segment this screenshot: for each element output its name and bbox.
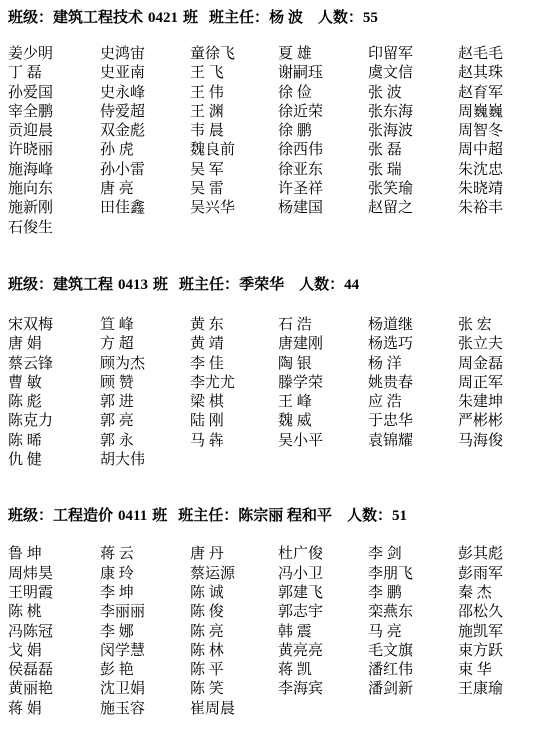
student-name: 周金磊 xyxy=(458,355,547,374)
student-name: 郭 永 xyxy=(100,432,190,451)
roster-section-0411: 班级：工程造价0411班班主任：陈宗丽 程和平人数：51 鲁 坤蒋 云唐 丹杜广… xyxy=(8,506,547,719)
student-name: 李 鹏 xyxy=(368,584,458,603)
empty-cell xyxy=(100,219,190,238)
student-name: 郭建飞 xyxy=(278,584,368,603)
student-name: 施向东 xyxy=(8,180,100,199)
class-unit-label: 班 xyxy=(183,10,198,26)
student-name: 赵留之 xyxy=(368,199,458,218)
student-name: 陈 诚 xyxy=(190,584,278,603)
student-name: 彭雨军 xyxy=(458,565,547,584)
student-name: 石 浩 xyxy=(278,316,368,335)
student-name: 周炜昊 xyxy=(8,565,100,584)
class-number: 0411 xyxy=(118,508,147,524)
student-name: 唐 丹 xyxy=(190,545,278,564)
student-name: 史亚南 xyxy=(100,64,190,83)
student-name: 唐 娟 xyxy=(8,335,100,354)
student-name: 徐 俭 xyxy=(278,84,368,103)
student-name: 杨建国 xyxy=(278,199,368,218)
student-name: 冯小卫 xyxy=(278,565,368,584)
student-name: 朱建坤 xyxy=(458,393,547,412)
student-name: 曹 敏 xyxy=(8,374,100,393)
student-name: 许晓丽 xyxy=(8,141,100,160)
student-name: 于忠华 xyxy=(368,412,458,431)
student-name: 杨选巧 xyxy=(368,335,458,354)
student-name: 周巍巍 xyxy=(458,103,547,122)
student-name: 闵学慧 xyxy=(100,642,190,661)
student-name: 陆 刚 xyxy=(190,412,278,431)
student-name: 贡迎晨 xyxy=(8,122,100,141)
student-name: 邵松久 xyxy=(458,603,547,622)
student-name: 黄 靖 xyxy=(190,335,278,354)
class-name: 建筑工程技术 xyxy=(53,10,143,26)
student-name: 杨道继 xyxy=(368,316,458,335)
class-roster-document: 班级：建筑工程技术0421班班主任：杨 波人数：55 姜少明史鸿宙童徐飞夏 雄印… xyxy=(0,0,547,719)
student-name-grid: 姜少明史鸿宙童徐飞夏 雄印留军赵毛毛丁 磊史亚南王 飞谢嗣珏虞文信赵其珠孙爱国史… xyxy=(8,45,547,238)
empty-cell xyxy=(368,700,458,719)
student-name: 王 伟 xyxy=(190,84,278,103)
teacher-label: 班主任： xyxy=(178,508,238,524)
student-name: 施玉容 xyxy=(100,700,190,719)
student-name: 童徐飞 xyxy=(190,45,278,64)
student-name: 李朋飞 xyxy=(368,565,458,584)
teacher-label: 班主任： xyxy=(209,10,269,26)
student-name: 周智冬 xyxy=(458,122,547,141)
student-name: 王 飞 xyxy=(190,64,278,83)
teacher-label: 班主任： xyxy=(179,277,239,293)
section-header: 班级：建筑工程0413班班主任：季荣华人数：44 xyxy=(8,275,547,295)
student-name: 侍爱超 xyxy=(100,103,190,122)
empty-cell xyxy=(368,451,458,470)
class-number: 0421 xyxy=(148,10,178,26)
student-name: 宰全鹏 xyxy=(8,103,100,122)
class-name: 建筑工程 xyxy=(53,277,113,293)
student-name: 严彬彬 xyxy=(458,412,547,431)
student-name: 郭 亮 xyxy=(100,412,190,431)
student-name: 王明霞 xyxy=(8,584,100,603)
student-name: 韦 晨 xyxy=(190,122,278,141)
student-name: 陈 彪 xyxy=(8,393,100,412)
empty-cell xyxy=(458,700,547,719)
student-name: 笪 峰 xyxy=(100,316,190,335)
empty-cell xyxy=(368,219,458,238)
student-name: 潘剑新 xyxy=(368,680,458,699)
student-name: 黄 东 xyxy=(190,316,278,335)
student-name: 束 华 xyxy=(458,661,547,680)
student-name: 秦 杰 xyxy=(458,584,547,603)
student-name: 周中超 xyxy=(458,141,547,160)
section-header: 班级：建筑工程技术0421班班主任：杨 波人数：55 xyxy=(8,8,547,28)
student-name: 谢嗣珏 xyxy=(278,64,368,83)
teacher-name: 季荣华 xyxy=(239,277,284,293)
student-name: 马 犇 xyxy=(190,432,278,451)
student-name: 陶 银 xyxy=(278,355,368,374)
class-label: 班级： xyxy=(8,277,53,293)
student-name: 郭 进 xyxy=(100,393,190,412)
section-header: 班级：工程造价0411班班主任：陈宗丽 程和平人数：51 xyxy=(8,506,547,526)
student-name: 王 峰 xyxy=(278,393,368,412)
student-name: 杜广俊 xyxy=(278,545,368,564)
student-name: 蒋 凯 xyxy=(278,661,368,680)
student-count: 44 xyxy=(344,277,359,293)
teacher-name: 陈宗丽 程和平 xyxy=(238,508,332,524)
count-label: 人数： xyxy=(299,277,344,293)
empty-cell xyxy=(458,451,547,470)
class-label: 班级： xyxy=(8,508,53,524)
student-name: 胡大伟 xyxy=(100,451,190,470)
student-name: 沈卫娟 xyxy=(100,680,190,699)
student-name: 朱晓靖 xyxy=(458,180,547,199)
student-name: 戈 娟 xyxy=(8,642,100,661)
teacher-name: 杨 波 xyxy=(269,10,303,26)
student-name: 陈 亮 xyxy=(190,623,278,642)
student-name: 史永峰 xyxy=(100,84,190,103)
student-name: 彭其彪 xyxy=(458,545,547,564)
student-name: 施海峰 xyxy=(8,161,100,180)
student-name: 石俊生 xyxy=(8,219,100,238)
student-name: 杨 洋 xyxy=(368,355,458,374)
student-name: 赵毛毛 xyxy=(458,45,547,64)
student-name: 蔡运源 xyxy=(190,565,278,584)
student-name: 陈克力 xyxy=(8,412,100,431)
student-name: 徐 鹏 xyxy=(278,122,368,141)
student-name: 郭志宇 xyxy=(278,603,368,622)
student-name: 栾燕东 xyxy=(368,603,458,622)
student-name: 鲁 坤 xyxy=(8,545,100,564)
empty-cell xyxy=(190,219,278,238)
student-name: 蒋 娟 xyxy=(8,700,100,719)
student-name: 吴兴华 xyxy=(190,199,278,218)
student-name: 陈 俊 xyxy=(190,603,278,622)
student-name: 魏 威 xyxy=(278,412,368,431)
student-name: 孙小雷 xyxy=(100,161,190,180)
student-name: 施凯军 xyxy=(458,623,547,642)
student-name: 徐近荣 xyxy=(278,103,368,122)
empty-cell xyxy=(458,219,547,238)
student-name: 陈 林 xyxy=(190,642,278,661)
student-name: 彭 艳 xyxy=(100,661,190,680)
empty-cell xyxy=(190,451,278,470)
student-name: 张 瑞 xyxy=(368,161,458,180)
count-label: 人数： xyxy=(347,508,392,524)
count-label: 人数： xyxy=(318,10,363,26)
empty-cell xyxy=(278,451,368,470)
student-name: 姜少明 xyxy=(8,45,100,64)
student-name: 李 佳 xyxy=(190,355,278,374)
student-name: 顾为杰 xyxy=(100,355,190,374)
student-name: 梁 棋 xyxy=(190,393,278,412)
student-name: 黄丽艳 xyxy=(8,680,100,699)
student-name: 马海俊 xyxy=(458,432,547,451)
student-name: 双金彪 xyxy=(100,122,190,141)
student-name: 夏 雄 xyxy=(278,45,368,64)
student-name: 张东海 xyxy=(368,103,458,122)
student-name: 王 渊 xyxy=(190,103,278,122)
student-name-grid: 宋双梅笪 峰黄 东石 浩杨道继张 宏唐 娟方 超黄 靖唐建刚杨选巧张立夫蔡云锋顾… xyxy=(8,316,547,470)
student-name: 吴 军 xyxy=(190,161,278,180)
student-name: 虞文信 xyxy=(368,64,458,83)
empty-cell xyxy=(278,700,368,719)
class-number: 0413 xyxy=(118,277,148,293)
student-name: 陈 平 xyxy=(190,661,278,680)
student-name: 冯陈冠 xyxy=(8,623,100,642)
student-name: 李 坤 xyxy=(100,584,190,603)
student-name: 朱沈忠 xyxy=(458,161,547,180)
student-name: 周正军 xyxy=(458,374,547,393)
student-name: 孙 虎 xyxy=(100,141,190,160)
student-name: 许圣祥 xyxy=(278,180,368,199)
student-name: 李海宾 xyxy=(278,680,368,699)
student-name: 宋双梅 xyxy=(8,316,100,335)
student-count: 55 xyxy=(363,10,378,26)
student-name: 束方跃 xyxy=(458,642,547,661)
student-name: 马 亮 xyxy=(368,623,458,642)
student-name: 赵其珠 xyxy=(458,64,547,83)
student-name: 韩 震 xyxy=(278,623,368,642)
student-name: 崔周晨 xyxy=(190,700,278,719)
student-name: 徐西伟 xyxy=(278,141,368,160)
class-name: 工程造价 xyxy=(53,508,113,524)
student-name: 印留军 xyxy=(368,45,458,64)
student-name: 滕学荣 xyxy=(278,374,368,393)
empty-cell xyxy=(278,219,368,238)
class-unit-label: 班 xyxy=(152,508,167,524)
student-name: 康 玲 xyxy=(100,565,190,584)
student-name: 张 波 xyxy=(368,84,458,103)
student-name: 袁锦耀 xyxy=(368,432,458,451)
student-name: 张海波 xyxy=(368,122,458,141)
student-name: 蔡云锋 xyxy=(8,355,100,374)
student-name: 李 娜 xyxy=(100,623,190,642)
student-name: 田佳鑫 xyxy=(100,199,190,218)
student-name: 顾 赞 xyxy=(100,374,190,393)
roster-section-0421: 班级：建筑工程技术0421班班主任：杨 波人数：55 姜少明史鸿宙童徐飞夏 雄印… xyxy=(8,8,547,238)
student-name: 方 超 xyxy=(100,335,190,354)
student-name: 李丽丽 xyxy=(100,603,190,622)
student-name: 黄亮亮 xyxy=(278,642,368,661)
student-count: 51 xyxy=(392,508,407,524)
student-name: 赵育军 xyxy=(458,84,547,103)
student-name: 唐 亮 xyxy=(100,180,190,199)
student-name: 潘红伟 xyxy=(368,661,458,680)
class-label: 班级： xyxy=(8,10,53,26)
student-name: 陈 笑 xyxy=(190,680,278,699)
student-name: 施新刚 xyxy=(8,199,100,218)
student-name: 史鸿宙 xyxy=(100,45,190,64)
student-name: 吴 雷 xyxy=(190,180,278,199)
student-name: 侯磊磊 xyxy=(8,661,100,680)
student-name: 姚贵春 xyxy=(368,374,458,393)
student-name: 唐建刚 xyxy=(278,335,368,354)
student-name: 陈 晞 xyxy=(8,432,100,451)
student-name: 张 宏 xyxy=(458,316,547,335)
student-name: 朱裕丰 xyxy=(458,199,547,218)
student-name: 应 浩 xyxy=(368,393,458,412)
student-name: 魏良前 xyxy=(190,141,278,160)
student-name: 仇 健 xyxy=(8,451,100,470)
student-name: 王康瑜 xyxy=(458,680,547,699)
student-name: 张笑瑜 xyxy=(368,180,458,199)
student-name: 蒋 云 xyxy=(100,545,190,564)
student-name: 吴小平 xyxy=(278,432,368,451)
student-name: 张 磊 xyxy=(368,141,458,160)
student-name: 张立夫 xyxy=(458,335,547,354)
student-name: 李尤尤 xyxy=(190,374,278,393)
student-name: 丁 磊 xyxy=(8,64,100,83)
class-unit-label: 班 xyxy=(153,277,168,293)
roster-section-0413: 班级：建筑工程0413班班主任：季荣华人数：44 宋双梅笪 峰黄 东石 浩杨道继… xyxy=(8,275,547,470)
student-name: 孙爱国 xyxy=(8,84,100,103)
student-name: 陈 桃 xyxy=(8,603,100,622)
student-name: 李 剑 xyxy=(368,545,458,564)
student-name: 徐亚东 xyxy=(278,161,368,180)
student-name-grid: 鲁 坤蒋 云唐 丹杜广俊李 剑彭其彪周炜昊康 玲蔡运源冯小卫李朋飞彭雨军王明霞李… xyxy=(8,545,547,719)
student-name: 毛文旗 xyxy=(368,642,458,661)
